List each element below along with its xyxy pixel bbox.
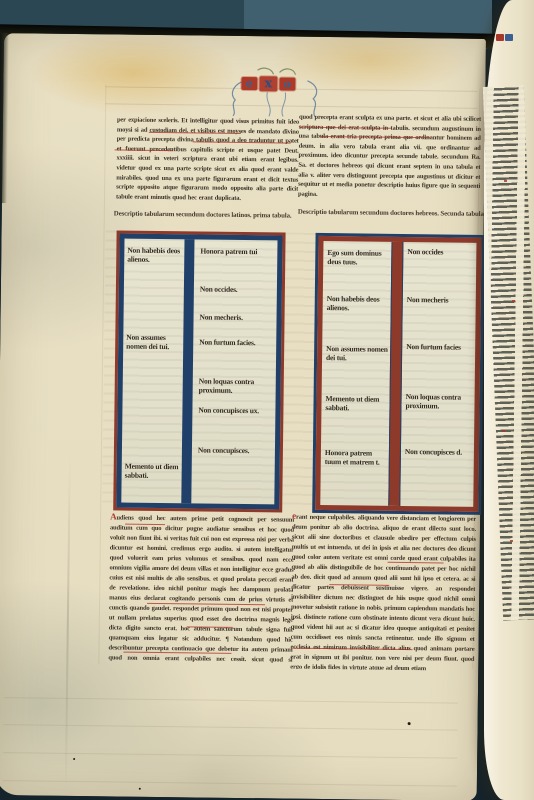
- table-cell: Non habebis deos alienos.: [327, 295, 389, 313]
- next-page-running-title-icon: [496, 34, 513, 41]
- next-page-text-lines: [483, 85, 534, 620]
- penwork-flourish-icon: [227, 66, 324, 119]
- table-cell: Non occides: [407, 248, 465, 258]
- decalogue-table-hebrew: Ego sum dominus deus tuus. Non habebis d…: [312, 233, 484, 515]
- red-title-block: [496, 34, 504, 41]
- ruling-line: [3, 780, 457, 787]
- parchment-crease: [65, 454, 71, 794]
- latin-table-caption: Descriptio tabularum secundum doctores l…: [114, 210, 300, 219]
- manuscript-photo: e x o per expiacione sceleris. Et intell…: [0, 0, 534, 800]
- table-inner-frame: Non habebis deos alienos. Non assumes no…: [116, 233, 282, 509]
- ruling-line: [3, 752, 457, 759]
- table-cell: Honora patrem tui: [200, 247, 266, 257]
- table-cell: Ego sum dominus deus tuus.: [327, 249, 389, 267]
- table-cell: Non mecheris: [407, 296, 465, 306]
- manuscript-page: e x o per expiacione sceleris. Et intell…: [0, 33, 486, 800]
- table-cell: Memento ut diem sabbati.: [125, 463, 180, 481]
- table-cell: Non assumes nomen dei tui.: [326, 345, 388, 363]
- table-cell: Non concupisces.: [198, 446, 264, 456]
- left-column-intro-text: per expiacione sceleris. Et intelligitur…: [116, 115, 299, 203]
- page-left-edge-shadow: [0, 33, 9, 203]
- right-column-bottom-text: erant neque culpabiles. aliquando vere d…: [290, 511, 476, 671]
- ink-spot: [408, 722, 411, 725]
- table-cell: Non loquas contra proximum.: [199, 377, 265, 395]
- table-cell: Non loquas contra proximum.: [405, 393, 463, 411]
- running-title-exo: e x o: [227, 66, 324, 119]
- ink-spot: [73, 758, 75, 760]
- rubric-fleck: [502, 430, 505, 432]
- ruling-line: [4, 724, 458, 731]
- next-page-edge: [484, 0, 534, 800]
- table-cell: Non assumes nomen dei tui.: [126, 334, 181, 352]
- table-cell: Memento ut diem sabbati.: [325, 395, 387, 413]
- ink-spot: [139, 788, 141, 790]
- left-column-bottom-text: Audiens quod hec autem prime petit cogno…: [108, 511, 294, 665]
- table-cell: Non mecheris.: [199, 313, 265, 323]
- ruling-line: [4, 697, 458, 704]
- table-cell: Honora patrem tuum et matrem t.: [325, 449, 387, 467]
- table-column-divider: [388, 242, 403, 506]
- rubric-fleck: [504, 180, 507, 182]
- table-cell: Non concupisces d.: [405, 448, 463, 458]
- running-title-letter: e: [241, 77, 257, 90]
- table-column-divider: [181, 239, 194, 503]
- running-title-letter: x: [259, 76, 277, 91]
- rubric-fleck: [510, 540, 513, 542]
- table-cell: Non furtum facies: [406, 343, 464, 353]
- running-title-letter: o: [279, 77, 295, 90]
- running-title-letters: e x o: [241, 76, 295, 92]
- table-cell: Non habebis deos alienos.: [127, 247, 182, 265]
- table-cell: Non occides.: [200, 285, 266, 295]
- table-cell: Non concupisces ux.: [198, 406, 264, 416]
- decalogue-table-latin: Non habebis deos alienos. Non assumes no…: [113, 230, 285, 512]
- table-cell: Non furtum facies.: [199, 338, 265, 348]
- rubric-fleck: [512, 300, 515, 302]
- table-inner-frame: Ego sum dominus deus tuus. Non habebis d…: [315, 236, 481, 512]
- hebrew-table-caption: Descriptio tabularum secundum doctores h…: [298, 209, 484, 218]
- blue-title-block: [505, 34, 513, 41]
